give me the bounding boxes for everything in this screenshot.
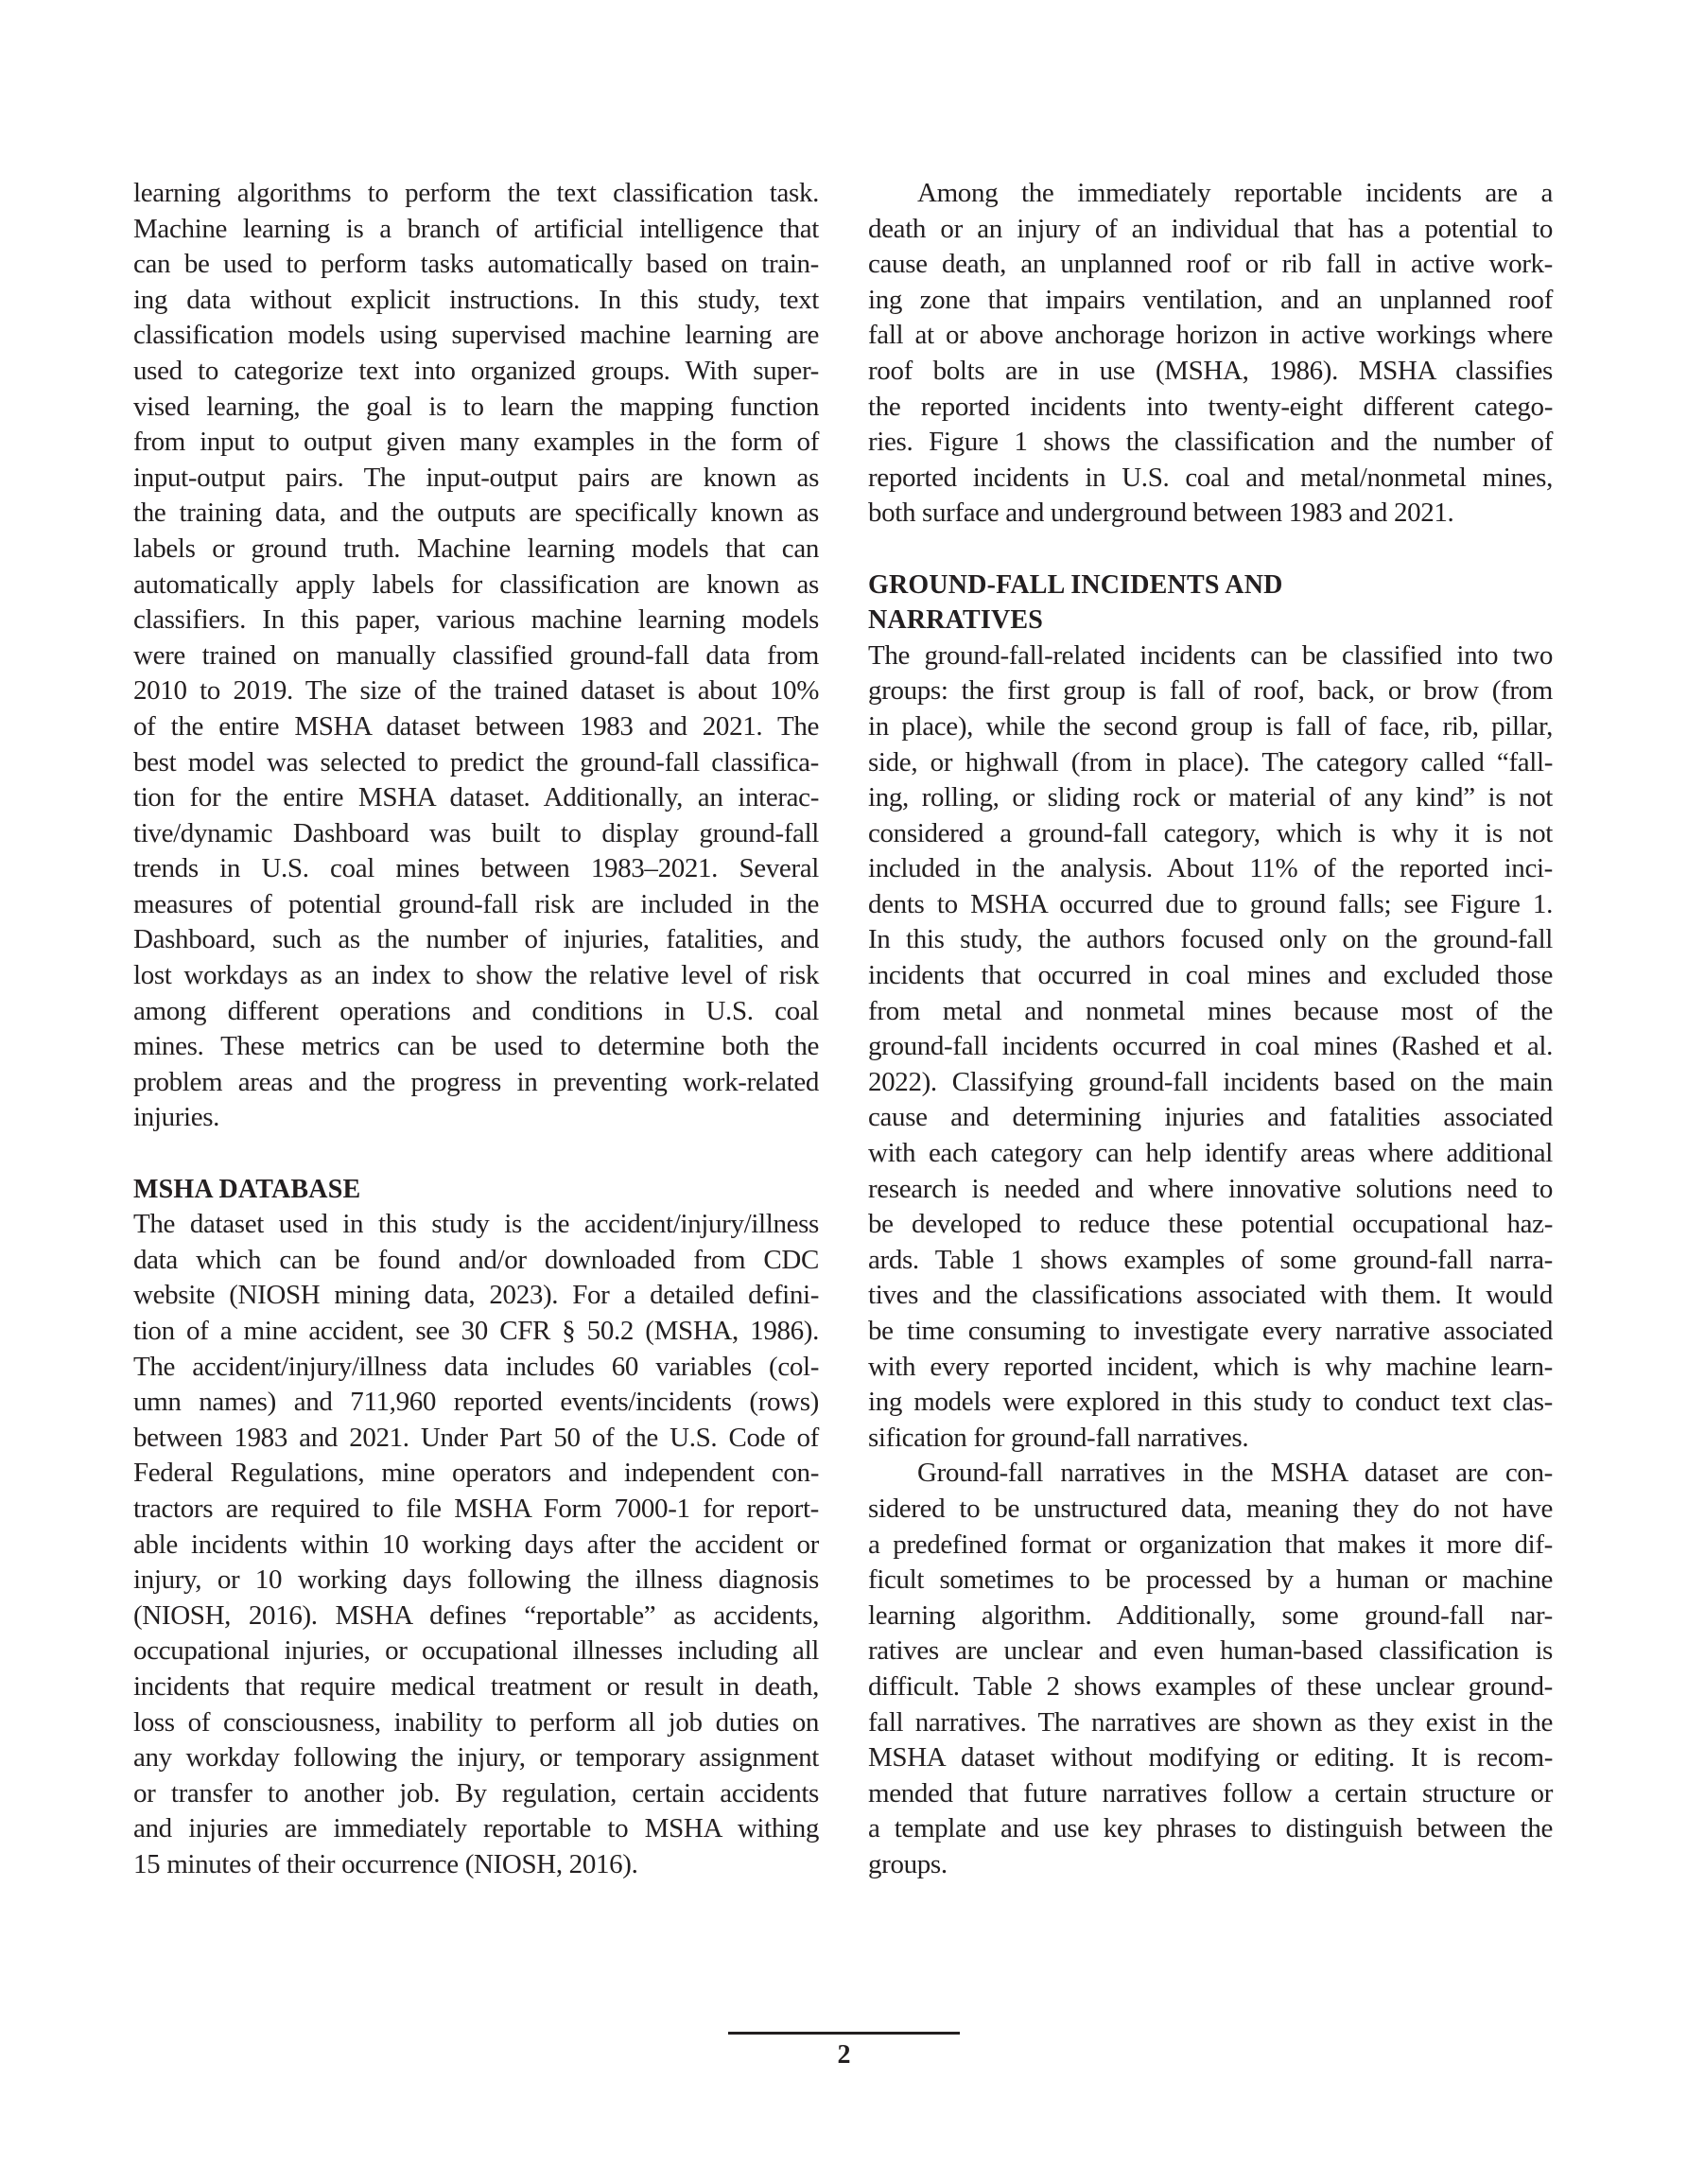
text-line: with every reported incident, which is w… [868,1350,1553,1386]
text-line: of the entire MSHA dataset between 1983 … [133,709,819,745]
section-heading-ground-fall: GROUND-FALL INCIDENTS AND NARRATIVES [868,568,1553,638]
spacer [868,532,1553,568]
text-line: injuries. [133,1100,819,1136]
text-line: a template and use key phrases to distin… [868,1811,1553,1847]
spacer [133,1136,819,1172]
text-line: ground-fall incidents occurred in coal m… [868,1029,1553,1065]
text-line: with each category can help identify are… [868,1136,1553,1172]
text-line: the reported incidents into twenty-eight… [868,390,1553,426]
text-line: ficult sometimes to be processed by a hu… [868,1563,1553,1599]
text-line: ing models were explored in this study t… [868,1385,1553,1421]
text-line: loss of consciousness, inability to perf… [133,1705,819,1741]
text-line: learning algorithms to perform the text … [133,176,819,212]
text-line: cause and determining injuries and fatal… [868,1100,1553,1136]
text-line: ing zone that impairs ventilation, and a… [868,283,1553,319]
text-line: classifiers. In this paper, various mach… [133,603,819,638]
text-line: side, or highwall (from in place). The c… [868,745,1553,781]
text-line: automatically apply labels for classific… [133,568,819,603]
text-line: mines. These metrics can be used to dete… [133,1029,819,1065]
text-line: sidered to be unstructured data, meaning… [868,1492,1553,1528]
text-line: vised learning, the goal is to learn the… [133,390,819,426]
text-line: data which can be found and/or downloade… [133,1243,819,1279]
text-line: trends in U.S. coal mines between 1983–2… [133,851,819,887]
text-line: ards. Table 1 shows examples of some gro… [868,1243,1553,1279]
text-line: Ground-fall narratives in the MSHA datas… [868,1456,1553,1492]
text-line: tives and the classifications associated… [868,1278,1553,1314]
text-line: groups: the first group is fall of roof,… [868,673,1553,709]
text-line: Machine learning is a branch of artifici… [133,212,819,248]
heading-line: GROUND-FALL INCIDENTS AND [868,568,1553,603]
text-line: best model was selected to predict the g… [133,745,819,781]
paragraph-intro-ml: learning algorithms to perform the text … [133,176,819,1136]
text-line: injury, or 10 working days following the… [133,1563,819,1599]
text-line: Dashboard, such as the number of injurie… [133,922,819,958]
paragraph-ground-fall-groups: The ground-fall-related incidents can be… [868,638,1553,1457]
text-line: incidents that occurred in coal mines an… [868,958,1553,994]
text-line: website (NIOSH mining data, 2023). For a… [133,1278,819,1314]
text-line: (NIOSH, 2016). MSHA defines “reportable”… [133,1599,819,1634]
text-line: tion for the entire MSHA dataset. Additi… [133,780,819,816]
text-line: ing, rolling, or sliding rock or materia… [868,780,1553,816]
text-line: from metal and nonmetal mines because mo… [868,994,1553,1030]
text-line: between 1983 and 2021. Under Part 50 of … [133,1421,819,1457]
text-line: Among the immediately reportable inciden… [868,176,1553,212]
text-line: 2022). Classifying ground-fall incidents… [868,1065,1553,1101]
text-line: 15 minutes of their occurrence (NIOSH, 2… [133,1847,819,1883]
text-line: 2010 to 2019. The size of the trained da… [133,673,819,709]
section-heading-msha-database: MSHA DATABASE [133,1172,819,1208]
paragraph-msha-database: The dataset used in this study is the ac… [133,1207,819,1882]
text-line: research is needed and where innovative … [868,1172,1553,1208]
text-line: tractors are required to file MSHA Form … [133,1492,819,1528]
text-line: labels or ground truth. Machine learning… [133,532,819,568]
text-line: or transfer to another job. By regulatio… [133,1776,819,1812]
text-line: cause death, an unplanned roof or rib fa… [868,247,1553,283]
text-line: and injuries are immediately reportable … [133,1811,819,1847]
text-line: reported incidents in U.S. coal and meta… [868,461,1553,497]
right-column: Among the immediately reportable inciden… [868,176,1553,1883]
text-line: The accident/injury/illness data include… [133,1350,819,1386]
text-line: The ground-fall-related incidents can be… [868,638,1553,674]
left-column: learning algorithms to perform the text … [133,176,819,1883]
heading-line: NARRATIVES [868,603,1553,638]
text-line: a predefined format or organization that… [868,1528,1553,1564]
text-line: included in the analysis. About 11% of t… [868,851,1553,887]
text-line: The dataset used in this study is the ac… [133,1207,819,1243]
text-line: measures of potential ground-fall risk a… [133,887,819,923]
text-line: problem areas and the progress in preven… [133,1065,819,1101]
text-line: from input to output given many examples… [133,425,819,461]
text-line: any workday following the injury, or tem… [133,1740,819,1776]
text-line: among different operations and condition… [133,994,819,1030]
text-line: ries. Figure 1 shows the classification … [868,425,1553,461]
text-line: roof bolts are in use (MSHA, 1986). MSHA… [868,354,1553,390]
text-line: difficult. Table 2 shows examples of the… [868,1669,1553,1705]
text-line: incidents that require medical treatment… [133,1669,819,1705]
text-line: both surface and underground between 198… [868,496,1553,532]
text-line: ratives are unclear and even human-based… [868,1634,1553,1669]
text-line: input-output pairs. The input-output pai… [133,461,819,497]
text-line: fall at or above anchorage horizon in ac… [868,318,1553,354]
text-line: In this study, the authors focused only … [868,922,1553,958]
text-line: able incidents within 10 working days af… [133,1528,819,1564]
text-line: ing data without explicit instructions. … [133,283,819,319]
text-line: sification for ground-fall narratives. [868,1421,1553,1457]
text-line: death or an injury of an individual that… [868,212,1553,248]
page-number: 2 [728,2038,960,2072]
text-line: fall narratives. The narratives are show… [868,1705,1553,1741]
text-line: be developed to reduce these potential o… [868,1207,1553,1243]
text-line: occupational injuries, or occupational i… [133,1634,819,1669]
text-line: mended that future narratives follow a c… [868,1776,1553,1812]
text-line: learning algorithm. Additionally, some g… [868,1599,1553,1634]
text-line: considered a ground-fall category, which… [868,816,1553,852]
text-line: groups. [868,1847,1553,1883]
text-line: used to categorize text into organized g… [133,354,819,390]
text-line: classification models using supervised m… [133,318,819,354]
text-line: lost workdays as an index to show the re… [133,958,819,994]
text-line: tive/dynamic Dashboard was built to disp… [133,816,819,852]
text-line: tion of a mine accident, see 30 CFR § 50… [133,1314,819,1350]
paragraph-reportable-incidents: Among the immediately reportable inciden… [868,176,1553,532]
text-line: MSHA dataset without modifying or editin… [868,1740,1553,1776]
text-line: Federal Regulations, mine operators and … [133,1456,819,1492]
text-line: were trained on manually classified grou… [133,638,819,674]
text-line: in place), while the second group is fal… [868,709,1553,745]
footer-rule-divider [728,2032,960,2035]
text-line: the training data, and the outputs are s… [133,496,819,532]
paragraph-unstructured-narratives: Ground-fall narratives in the MSHA datas… [868,1456,1553,1882]
text-line: umn names) and 711,960 reported events/i… [133,1385,819,1421]
text-line: dents to MSHA occurred due to ground fal… [868,887,1553,923]
text-line: be time consuming to investigate every n… [868,1314,1553,1350]
text-line: can be used to perform tasks automatical… [133,247,819,283]
